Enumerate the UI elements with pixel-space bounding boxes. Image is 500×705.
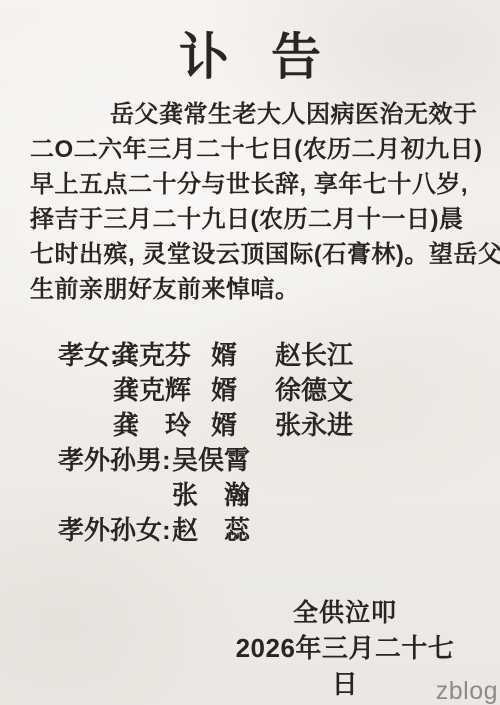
page-title: 讣 告: [0, 28, 500, 86]
family-relation-label: 婿: [211, 408, 275, 443]
family-member-name: 赵 蕊: [172, 513, 250, 548]
signature-block: 全供泣叩 2026年三月二十七日: [230, 596, 460, 702]
body-line: 岳父龚常生老大人因病医治无效于: [30, 97, 474, 132]
family-row-daughter-2: 龚克辉 婿 徐德文: [58, 373, 480, 408]
family-member-name: 张 瀚: [172, 478, 250, 513]
family-role-label: 孝外孙男:: [58, 443, 172, 478]
body-line: 二O二六年三月二十七日(农历二月初九日): [30, 132, 474, 167]
family-member-name: 龚克芬: [113, 338, 211, 373]
zblog-watermark: zblog: [436, 677, 498, 705]
family-role-label: [58, 373, 113, 408]
family-row-grandson-2: 张 瀚: [58, 478, 480, 513]
family-relative-name: 赵长江: [275, 338, 353, 373]
mourners-signature: 全供泣叩: [230, 596, 460, 630]
family-relative-name: 徐德文: [275, 373, 353, 408]
family-relation-label: 婿: [211, 338, 275, 373]
family-relative-name: 张永进: [275, 408, 353, 443]
family-row-granddaughter-1: 孝外孙女: 赵 蕊: [58, 513, 480, 548]
body-line: 早上五点二十分与世长辞, 享年七十八岁,: [30, 167, 474, 202]
notice-date: 2026年三月二十七日: [230, 630, 460, 702]
obituary-body: 岳父龚常生老大人因病医治无效于 二O二六年三月二十七日(农历二月初九日) 早上五…: [30, 97, 474, 307]
family-member-name: 龚克辉: [113, 373, 211, 408]
family-role-label: 孝外孙女:: [58, 513, 172, 548]
family-role-label: [58, 408, 113, 443]
family-row-daughter-3: 龚 玲 婿 张永进: [58, 408, 480, 443]
family-list: 孝女: 龚克芬 婿 赵长江 龚克辉 婿 徐德文 龚 玲 婿 张永进 孝外孙男: …: [58, 338, 480, 548]
family-row-grandson-1: 孝外孙男: 吴俣霄: [58, 443, 480, 478]
family-relation-label: 婿: [211, 373, 275, 408]
family-member-name: 吴俣霄: [172, 443, 250, 478]
body-line: 生前亲朋好友前来悼唁。: [30, 272, 474, 307]
body-line: 择吉于三月二十九日(农历二月十一日)晨: [30, 202, 474, 237]
family-row-daughter-1: 孝女: 龚克芬 婿 赵长江: [58, 338, 480, 373]
obituary-notice: 讣 告 岳父龚常生老大人因病医治无效于 二O二六年三月二十七日(农历二月初九日)…: [0, 0, 500, 705]
family-member-name: 龚 玲: [113, 408, 211, 443]
family-role-label: 孝女:: [58, 338, 113, 373]
body-line: 七时出殡, 灵堂设云顶国际(石膏林)。望岳父: [30, 237, 474, 272]
family-role-label: [58, 478, 172, 513]
